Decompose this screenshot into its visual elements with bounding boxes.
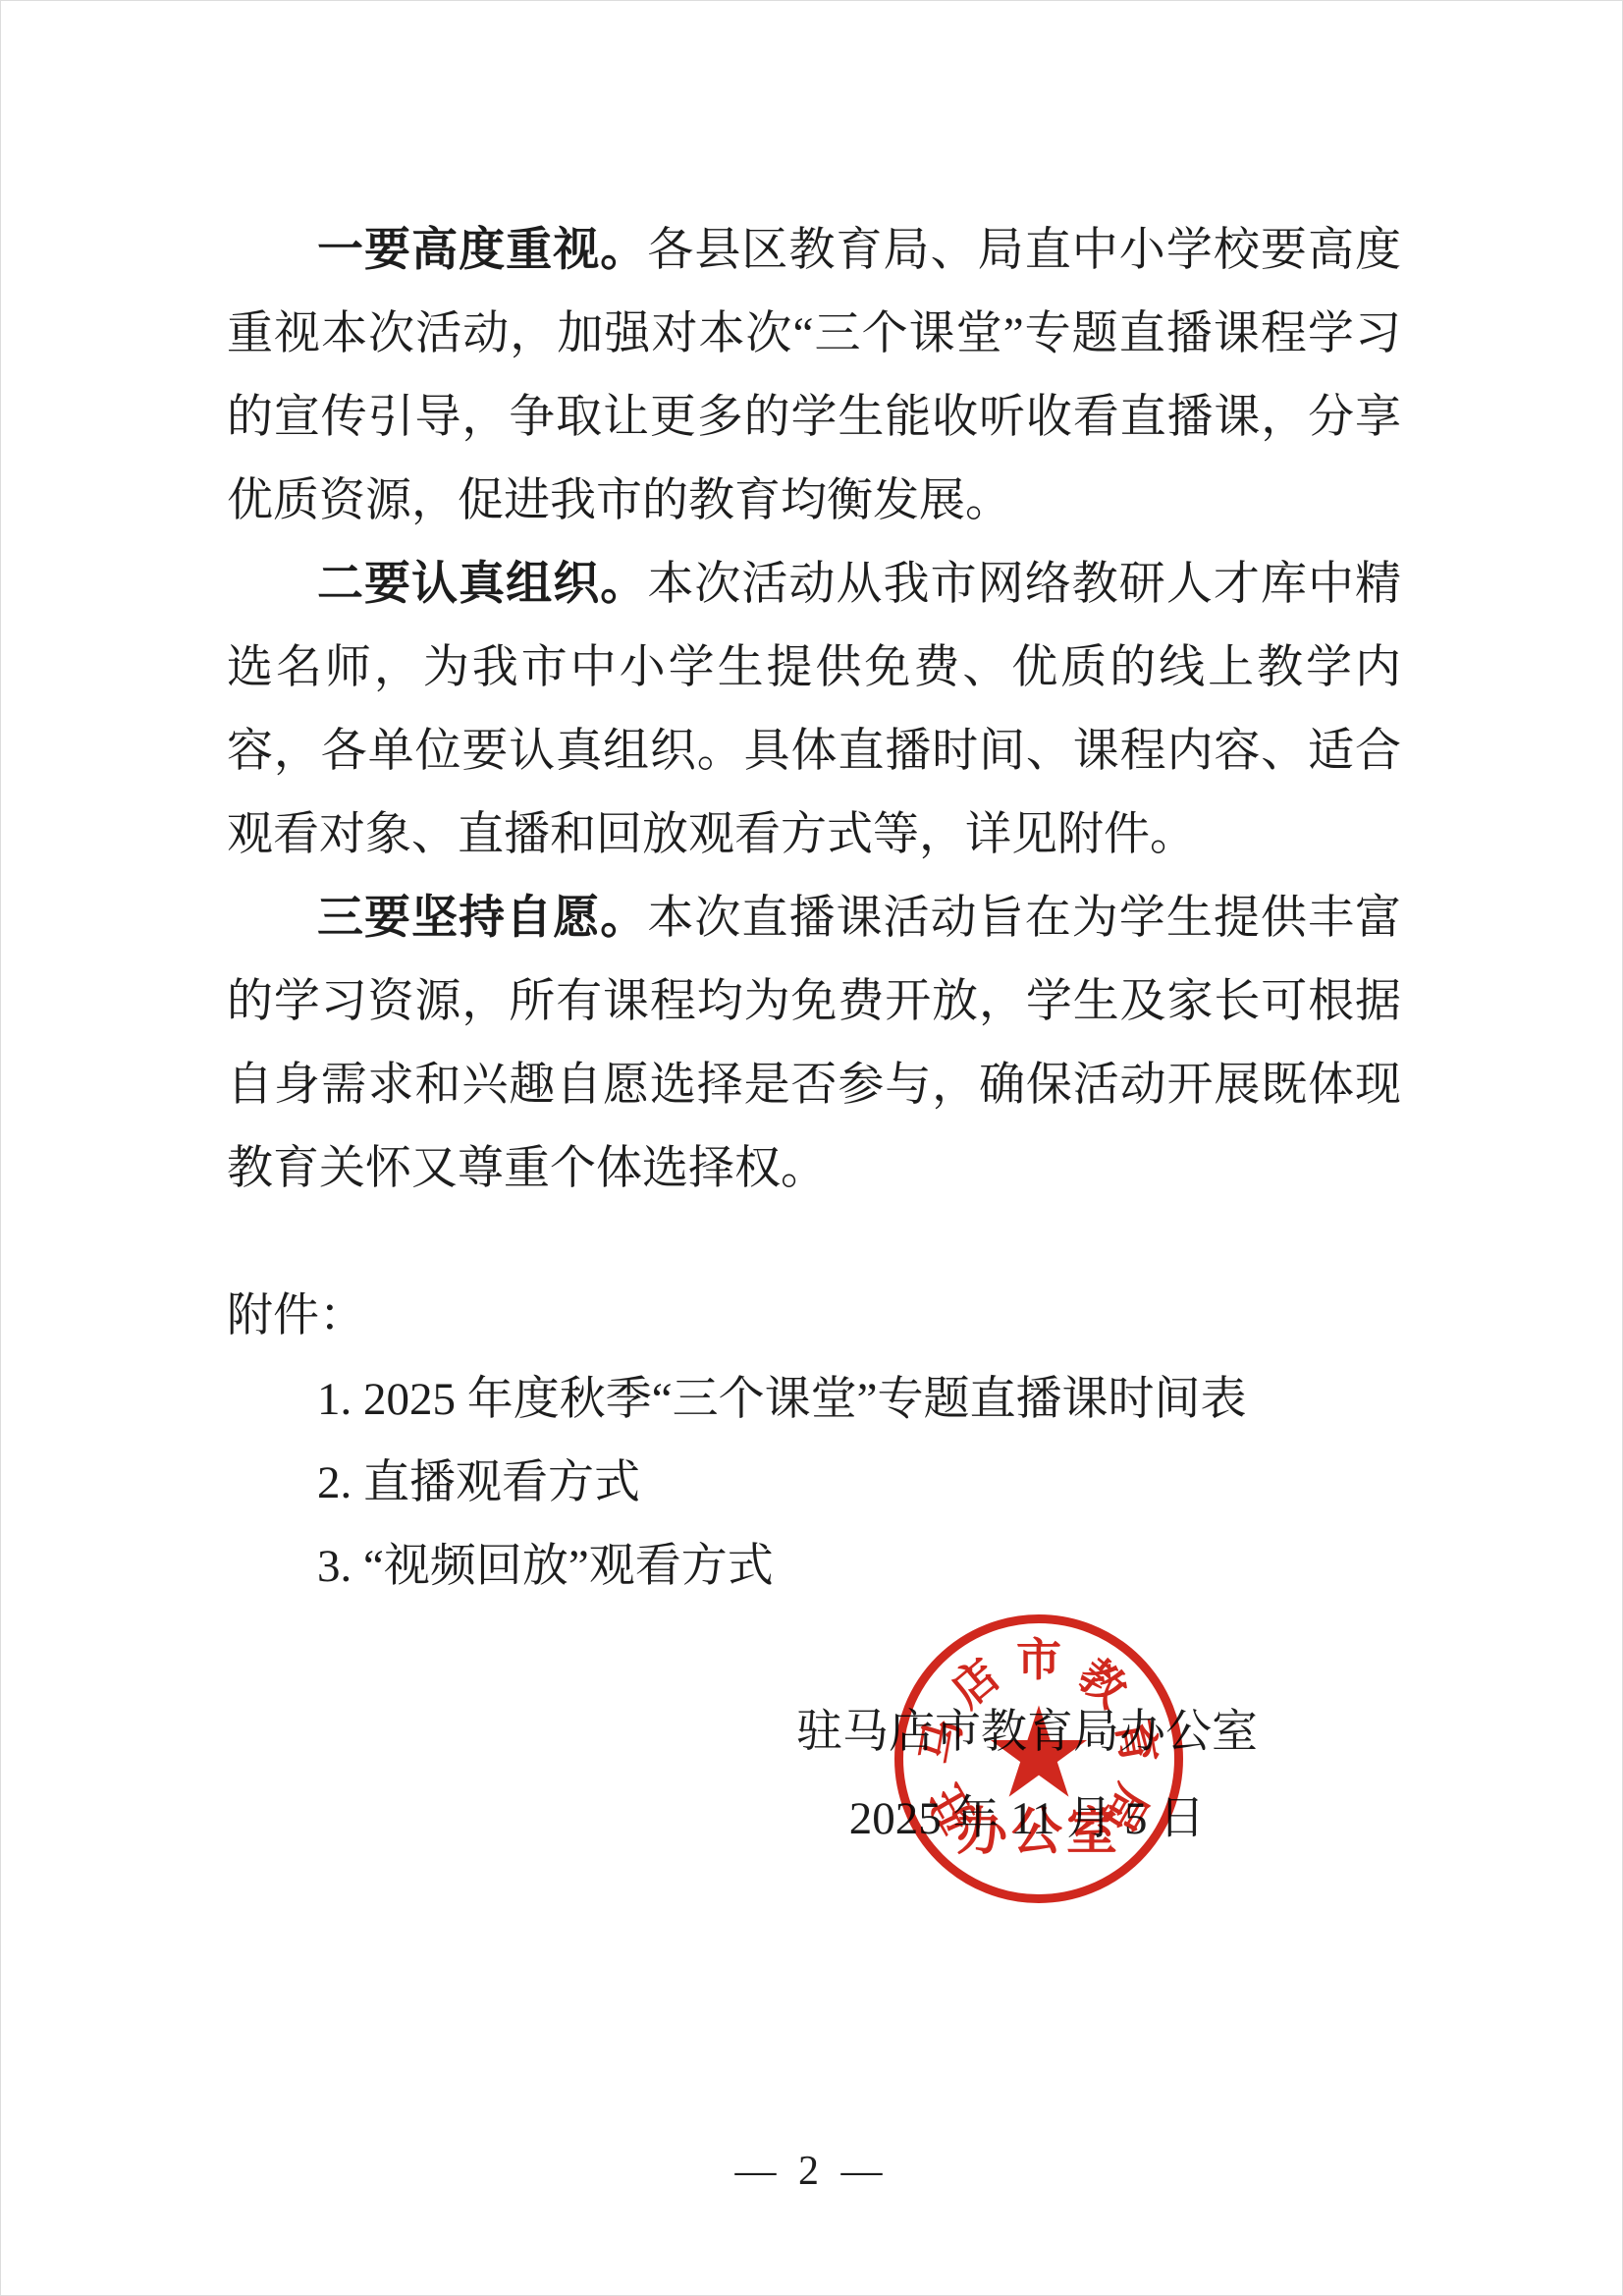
- paragraph-2-lead: 二要认真组织。: [317, 559, 647, 610]
- paragraph-3-lead: 三要坚持自愿。: [317, 893, 647, 944]
- attachment-item-2: 2. 直播观看方式: [227, 1442, 1401, 1525]
- paragraph-2: 二要认真组织。本次活动从我市网络教研人才库中精选名师，为我市中小学生提供免费、优…: [227, 543, 1401, 877]
- signature-block: 驻马店市教育局办公室 2025 年 11 月 5 日: [440, 1689, 1614, 1862]
- document-page: 一要高度重视。各县区教育局、局直中小学校要高度重视本次活动，加强对本次“三个课堂…: [0, 0, 1623, 2296]
- page-number: — 2 —: [1, 2148, 1622, 2195]
- signature-org: 驻马店市教育局办公室: [440, 1689, 1614, 1776]
- attachment-item-3: 3. “视频回放”观看方式: [227, 1525, 1401, 1609]
- document-body: 一要高度重视。各县区教育局、局直中小学校要高度重视本次活动，加强对本次“三个课堂…: [227, 209, 1401, 1862]
- paragraph-1-lead: 一要高度重视。: [317, 225, 647, 276]
- paragraph-1: 一要高度重视。各县区教育局、局直中小学校要高度重视本次活动，加强对本次“三个课堂…: [227, 209, 1401, 543]
- attachment-item-1: 1. 2025 年度秋季“三个课堂”专题直播课时间表: [227, 1358, 1401, 1442]
- attachments-label: 附件：: [227, 1275, 1401, 1358]
- signature-date: 2025 年 11 月 5 日: [440, 1776, 1614, 1862]
- paragraph-3: 三要坚持自愿。本次直播课活动旨在为学生提供丰富的学习资源，所有课程均为免费开放，…: [227, 877, 1401, 1211]
